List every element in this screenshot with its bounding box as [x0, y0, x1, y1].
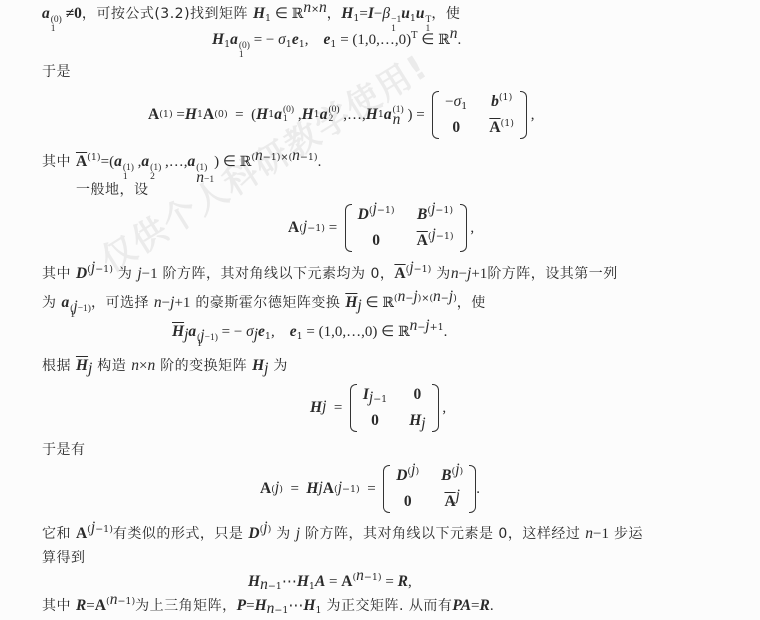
paragraph-line-8: 其中 D(j−1) 为 j−1 阶方阵，其对角线以下元素均为 0，A(j−1) …	[42, 264, 618, 284]
matrix-aj-blocks: D(j) B(j) 0 Aj	[383, 465, 476, 513]
paragraph-line-15: 它和 A(j−1)有类似的形式，只是 D(j) 为 j 阶方阵，其对角线以下元素…	[42, 524, 643, 544]
matrix-aj-1-blocks: D(j−1) B(j−1) 0 A(j−1)	[345, 204, 467, 252]
equation-4: Hja(j−1)1 = − σje1, e1 = (1,0,…,0) ∈ ℝn−…	[172, 322, 447, 349]
paragraph-line-9: 为 a(j−1)1，可选择 n−j+1 的豪斯霍尔德矩阵变换 Hj ∈ ℝ(n−…	[42, 293, 486, 320]
equation-1: H1a(0)1 = − σ1e1, e1 = (1,0,…,0)T ∈ ℝn.	[212, 30, 461, 60]
equation-7: Hn−1⋯H1A = A(n−1) = R,	[248, 572, 412, 592]
equation-5: Hj = Ij−1 0 0 Hj ,	[310, 384, 446, 432]
equation-6: A(j) = HjA(j−1) = D(j) B(j) 0 Aj .	[260, 464, 480, 514]
text-yushiyou: 于是有	[42, 440, 86, 460]
equation-2: A(1) =H1A(0) = (H1a(0)1 ,H1a(0)2 ,…,H1a(…	[148, 90, 535, 140]
text-yibandi: 一般地，设	[76, 180, 149, 200]
equation-3: A(j−1) = D(j−1) B(j−1) 0 A(j−1) ,	[288, 202, 474, 254]
paragraph-line-18: 其中 R=A(n−1)为上三角矩阵，P=Hn−1⋯H1 为正交矩阵. 从而有PA…	[42, 596, 494, 616]
paragraph-line-11: 根据 Hj 构造 n×n 阶的变换矩阵 Hj 为	[42, 356, 288, 376]
matrix-a1-blocks: −σ1 b(1) 0 A(1)	[432, 91, 527, 139]
paragraph-line-5: 其中 A(1)=(a(1)1 ,a(1)2 ,…,a(1)n−1) ∈ ℝ(n−…	[42, 152, 321, 182]
matrix-hj-blocks: Ij−1 0 0 Hj	[350, 384, 439, 432]
text-suandedao: 算得到	[42, 548, 86, 568]
text-yushi: 于是	[42, 62, 71, 82]
